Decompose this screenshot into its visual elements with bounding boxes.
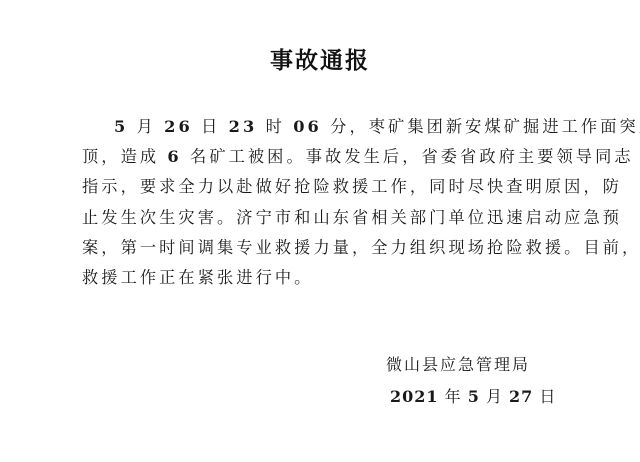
paragraph-line-2: 顶，造成 6 名矿工被困。事故发生后，省委省政府主要领导同志	[82, 142, 558, 172]
paragraph-line-5: 案，第一时间调集专业救援力量，全力组织现场抢险救援。目前，	[82, 233, 558, 263]
paragraph-line-1: 5 月 26 日 23 时 06 分，枣矿集团新安煤矿掘进工作面突发冒	[82, 112, 558, 142]
paragraph-line-3: 指示，要求全力以赴做好抢险救援工作，同时尽快查明原因，防	[82, 172, 558, 202]
notice-paragraph: 5 月 26 日 23 时 06 分，枣矿集团新安煤矿掘进工作面突发冒 顶，造成…	[82, 112, 558, 293]
signature-date: 2021 年 5 月 27 日	[390, 384, 556, 407]
paragraph-line-4: 止发生次生灾害。济宁市和山东省相关部门单位迅速启动应急预	[82, 203, 558, 233]
signature-organization: 微山县应急管理局	[386, 352, 530, 375]
document-title: 事故通报	[0, 42, 640, 75]
paragraph-line-6: 救援工作正在紧张进行中。	[82, 263, 558, 293]
